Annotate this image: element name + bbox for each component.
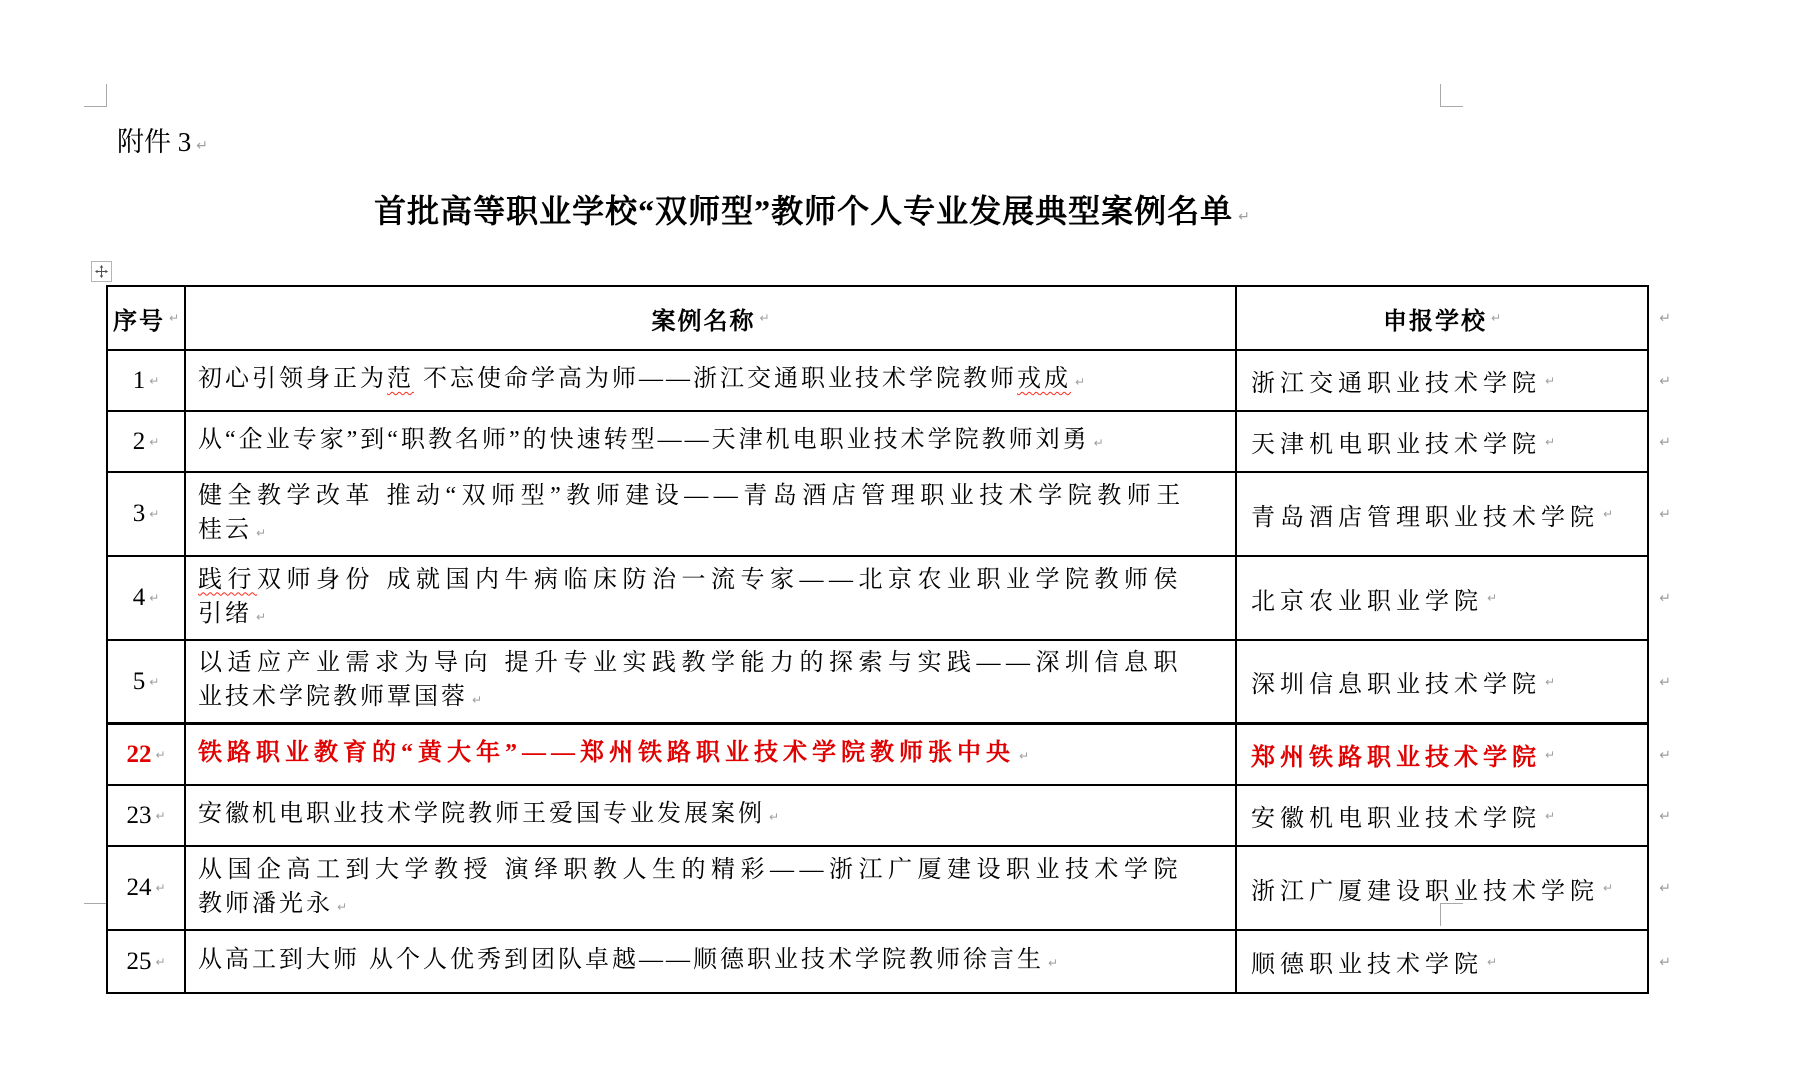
cell-school: 深圳信息职业技术学院↵ bbox=[1237, 641, 1647, 722]
end-of-cell-mark: ↵ bbox=[1048, 956, 1058, 970]
cell-row-number: 1↵ bbox=[108, 351, 186, 410]
header-case-label: 案例名称 bbox=[651, 301, 755, 336]
case-name-line: 业技术学院教师覃国蓉↵ bbox=[198, 680, 482, 717]
case-name-line: 从“企业专家”到“职教名师”的快速转型——天津机电职业技术学院教师刘勇↵ bbox=[198, 423, 1104, 460]
cell-school: 安徽机电职业技术学院↵ bbox=[1237, 786, 1647, 845]
case-name-line: 初心引领身正为范 不忘使命学高为师——浙江交通职业技术学院教师戎成↵ bbox=[198, 362, 1085, 399]
header-number-label: 序号 bbox=[113, 301, 165, 336]
end-of-row-mark: ↵ bbox=[1659, 880, 1671, 897]
school-name: 安徽机电职业技术学院 bbox=[1251, 798, 1541, 833]
table-row: 22↵铁路职业教育的“黄大年”——郑州铁路职业技术学院教师张中央↵郑州铁路职业技… bbox=[108, 725, 1647, 786]
school-name: 青岛酒店管理职业技术学院 bbox=[1251, 497, 1599, 532]
row-number: 24 bbox=[126, 874, 151, 902]
end-of-cell-mark: ↵ bbox=[1487, 591, 1497, 605]
school-name: 天津机电职业技术学院 bbox=[1251, 424, 1541, 459]
table-row: 23↵安徽机电职业技术学院教师王爱国专业发展案例↵安徽机电职业技术学院↵↵ bbox=[108, 786, 1647, 847]
case-name-line: 安徽机电职业技术学院教师王爱国专业发展案例↵ bbox=[198, 797, 779, 834]
end-of-row-mark: ↵ bbox=[1659, 372, 1671, 389]
case-name-text: 业技术学院教师覃国蓉 bbox=[198, 684, 468, 710]
cell-case-name: 从“企业专家”到“职教名师”的快速转型——天津机电职业技术学院教师刘勇↵ bbox=[186, 412, 1237, 471]
cell-school: 北京农业职业学院↵ bbox=[1237, 557, 1647, 639]
case-name-text: 从高工到大师 从个人优秀到团队卓越——顺德职业技术学院教师徐言生 bbox=[198, 947, 1044, 973]
spellcheck-underline: 戎成 bbox=[1017, 366, 1071, 392]
row-number: 2 bbox=[133, 428, 146, 456]
cell-case-name: 安徽机电职业技术学院教师王爱国专业发展案例↵ bbox=[186, 786, 1237, 845]
crop-mark-bottom-left bbox=[84, 903, 107, 926]
case-name-text: 不忘使命学高为师——浙江交通职业技术学院教师 bbox=[414, 366, 1017, 392]
case-name-line: 以适应产业需求为导向 提升专业实践教学能力的探索与实践——深圳信息职 bbox=[198, 646, 1183, 680]
page-title: 首批高等职业学校“双师型”教师个人专业发展典型案例名单↵ bbox=[0, 186, 1624, 232]
cell-row-number: 22↵ bbox=[108, 725, 186, 784]
case-name-line: 从高工到大师 从个人优秀到团队卓越——顺德职业技术学院教师徐言生↵ bbox=[198, 943, 1058, 980]
case-name-line: 践行双师身份 成就国内牛病临床防治一流专家——北京农业职业学院教师侯 bbox=[198, 563, 1183, 597]
row-number: 1 bbox=[133, 367, 146, 395]
end-of-cell-mark: ↵ bbox=[149, 507, 159, 521]
case-name-text: 引绪 bbox=[198, 601, 252, 627]
crop-mark-top-left bbox=[84, 84, 107, 107]
row-number: 25 bbox=[126, 948, 151, 976]
case-name-text: 教师潘光永 bbox=[198, 891, 333, 917]
end-of-row-mark: ↵ bbox=[1659, 310, 1671, 327]
table-row: 4↵践行双师身份 成就国内牛病临床防治一流专家——北京农业职业学院教师侯引绪↵北… bbox=[108, 557, 1647, 641]
document-page: 附件 3↵ 首批高等职业学校“双师型”教师个人专业发展典型案例名单↵ 序号↵ 案… bbox=[0, 0, 1793, 1085]
end-of-cell-mark: ↵ bbox=[256, 526, 266, 540]
end-of-row-mark: ↵ bbox=[1659, 506, 1671, 523]
end-of-cell-mark: ↵ bbox=[337, 900, 347, 914]
table-row: 5↵以适应产业需求为导向 提升专业实践教学能力的探索与实践——深圳信息职业技术学… bbox=[108, 641, 1647, 725]
case-name-line: 从国企高工到大学教授 演绎职教人生的精彩——浙江广厦建设职业技术学院 bbox=[198, 853, 1183, 887]
row-number: 22 bbox=[126, 741, 151, 769]
end-of-cell-mark: ↵ bbox=[155, 748, 165, 762]
end-of-cell-mark: ↵ bbox=[1491, 311, 1501, 325]
end-of-row-mark: ↵ bbox=[1659, 746, 1671, 763]
cell-school: 郑州铁路职业技术学院↵ bbox=[1237, 725, 1647, 784]
end-of-cell-mark: ↵ bbox=[1019, 749, 1029, 763]
end-of-cell-mark: ↵ bbox=[769, 810, 779, 824]
page-title-text: 首批高等职业学校“双师型”教师个人专业发展典型案例名单 bbox=[374, 193, 1233, 229]
table-row: 25↵从高工到大师 从个人优秀到团队卓越——顺德职业技术学院教师徐言生↵顺德职业… bbox=[108, 931, 1647, 992]
case-name-text: 健全教学改革 推动“双师型”教师建设——青岛酒店管理职业技术学院教师王 bbox=[198, 483, 1186, 509]
school-name: 郑州铁路职业技术学院 bbox=[1251, 737, 1541, 772]
table-body: 1↵初心引领身正为范 不忘使命学高为师——浙江交通职业技术学院教师戎成↵浙江交通… bbox=[108, 351, 1647, 992]
spellcheck-underline: 范 bbox=[387, 366, 414, 392]
end-of-cell-mark: ↵ bbox=[1075, 375, 1085, 389]
table-row: 1↵初心引领身正为范 不忘使命学高为师——浙江交通职业技术学院教师戎成↵浙江交通… bbox=[108, 351, 1647, 412]
end-of-cell-mark: ↵ bbox=[149, 675, 159, 689]
cell-school: 青岛酒店管理职业技术学院↵ bbox=[1237, 473, 1647, 555]
cell-row-number: 5↵ bbox=[108, 641, 186, 722]
table-header-row: 序号↵ 案例名称↵ 申报学校↵ ↵ bbox=[108, 287, 1647, 351]
cell-row-number: 23↵ bbox=[108, 786, 186, 845]
school-name: 浙江广厦建设职业技术学院 bbox=[1251, 871, 1599, 906]
end-of-cell-mark: ↵ bbox=[1487, 955, 1497, 969]
end-of-cell-mark: ↵ bbox=[1545, 809, 1555, 823]
school-name: 浙江交通职业技术学院 bbox=[1251, 363, 1541, 398]
end-of-row-mark: ↵ bbox=[1659, 590, 1671, 607]
cell-case-name: 健全教学改革 推动“双师型”教师建设——青岛酒店管理职业技术学院教师王桂云↵ bbox=[186, 473, 1237, 555]
end-of-row-mark: ↵ bbox=[1659, 953, 1671, 970]
end-of-cell-mark: ↵ bbox=[759, 311, 769, 325]
end-of-cell-mark: ↵ bbox=[1094, 436, 1104, 450]
end-of-cell-mark: ↵ bbox=[155, 881, 165, 895]
cell-school: 浙江交通职业技术学院↵ bbox=[1237, 351, 1647, 410]
case-name-line: 铁路职业教育的“黄大年”——郑州铁路职业技术学院教师张中央↵ bbox=[198, 736, 1029, 773]
end-of-cell-mark: ↵ bbox=[149, 374, 159, 388]
case-name-line: 健全教学改革 推动“双师型”教师建设——青岛酒店管理职业技术学院教师王 bbox=[198, 479, 1186, 513]
case-name-text: 初心引领身正为 bbox=[198, 366, 387, 392]
cell-row-number: 4↵ bbox=[108, 557, 186, 639]
paragraph-mark: ↵ bbox=[196, 137, 208, 153]
end-of-row-mark: ↵ bbox=[1659, 433, 1671, 450]
cases-table: 序号↵ 案例名称↵ 申报学校↵ ↵ 1↵初心引领身正为范 不忘使命学高为师——浙… bbox=[106, 285, 1649, 994]
end-of-cell-mark: ↵ bbox=[1603, 507, 1613, 521]
spellcheck-underline: 践行 bbox=[198, 567, 257, 593]
end-of-cell-mark: ↵ bbox=[149, 591, 159, 605]
case-name-text: 桂云 bbox=[198, 517, 252, 543]
end-of-row-mark: ↵ bbox=[1659, 673, 1671, 690]
end-of-cell-mark: ↵ bbox=[1545, 675, 1555, 689]
end-of-cell-mark: ↵ bbox=[169, 311, 179, 325]
attachment-label: 附件 3↵ bbox=[117, 120, 208, 159]
end-of-cell-mark: ↵ bbox=[1545, 748, 1555, 762]
case-name-text: 从“企业专家”到“职教名师”的快速转型——天津机电职业技术学院教师刘勇 bbox=[198, 427, 1090, 453]
cell-case-name: 从国企高工到大学教授 演绎职教人生的精彩——浙江广厦建设职业技术学院教师潘光永↵ bbox=[186, 847, 1237, 929]
case-name-line: 桂云↵ bbox=[198, 513, 266, 550]
school-name: 深圳信息职业技术学院 bbox=[1251, 664, 1541, 699]
cell-case-name: 从高工到大师 从个人优秀到团队卓越——顺德职业技术学院教师徐言生↵ bbox=[186, 931, 1237, 992]
cell-row-number: 25↵ bbox=[108, 931, 186, 992]
header-cell-number: 序号↵ bbox=[108, 287, 186, 349]
case-name-text: 以适应产业需求为导向 提升专业实践教学能力的探索与实践——深圳信息职 bbox=[198, 650, 1183, 676]
row-number: 3 bbox=[133, 500, 146, 528]
end-of-cell-mark: ↵ bbox=[1545, 435, 1555, 449]
cell-school: 天津机电职业技术学院↵ bbox=[1237, 412, 1647, 471]
table-row: 24↵从国企高工到大学教授 演绎职教人生的精彩——浙江广厦建设职业技术学院教师潘… bbox=[108, 847, 1647, 931]
case-name-text: 从国企高工到大学教授 演绎职教人生的精彩——浙江广厦建设职业技术学院 bbox=[198, 857, 1183, 883]
header-school-label: 申报学校 bbox=[1383, 301, 1487, 336]
table-move-handle[interactable] bbox=[91, 261, 112, 282]
end-of-cell-mark: ↵ bbox=[155, 955, 165, 969]
row-number: 4 bbox=[133, 584, 146, 612]
school-name: 顺德职业技术学院 bbox=[1251, 944, 1483, 979]
cell-case-name: 践行双师身份 成就国内牛病临床防治一流专家——北京农业职业学院教师侯引绪↵ bbox=[186, 557, 1237, 639]
table-row: 2↵从“企业专家”到“职教名师”的快速转型——天津机电职业技术学院教师刘勇↵天津… bbox=[108, 412, 1647, 473]
cell-case-name: 以适应产业需求为导向 提升专业实践教学能力的探索与实践——深圳信息职业技术学院教… bbox=[186, 641, 1237, 722]
row-number: 23 bbox=[126, 802, 151, 830]
school-name: 北京农业职业学院 bbox=[1251, 581, 1483, 616]
end-of-cell-mark: ↵ bbox=[155, 809, 165, 823]
table-row: 3↵健全教学改革 推动“双师型”教师建设——青岛酒店管理职业技术学院教师王桂云↵… bbox=[108, 473, 1647, 557]
cell-case-name: 初心引领身正为范 不忘使命学高为师——浙江交通职业技术学院教师戎成↵ bbox=[186, 351, 1237, 410]
cell-case-name: 铁路职业教育的“黄大年”——郑州铁路职业技术学院教师张中央↵ bbox=[186, 725, 1237, 784]
cell-school: 浙江广厦建设职业技术学院↵ bbox=[1237, 847, 1647, 929]
cell-row-number: 24↵ bbox=[108, 847, 186, 929]
cell-row-number: 3↵ bbox=[108, 473, 186, 555]
paragraph-mark: ↵ bbox=[1238, 208, 1250, 224]
header-cell-school: 申报学校↵ bbox=[1237, 287, 1647, 349]
case-name-text: 铁路职业教育的“黄大年”——郑州铁路职业技术学院教师张中央 bbox=[198, 740, 1015, 766]
case-name-line: 教师潘光永↵ bbox=[198, 887, 347, 924]
end-of-cell-mark: ↵ bbox=[1603, 881, 1613, 895]
cell-row-number: 2↵ bbox=[108, 412, 186, 471]
end-of-cell-mark: ↵ bbox=[1545, 374, 1555, 388]
case-name-text: 安徽机电职业技术学院教师王爱国专业发展案例 bbox=[198, 801, 765, 827]
end-of-row-mark: ↵ bbox=[1659, 807, 1671, 824]
move-cross-icon bbox=[95, 265, 108, 278]
case-name-text: 双师身份 成就国内牛病临床防治一流专家——北京农业职业学院教师侯 bbox=[257, 567, 1183, 593]
end-of-cell-mark: ↵ bbox=[472, 693, 482, 707]
header-cell-case: 案例名称↵ bbox=[186, 287, 1237, 349]
attachment-label-text: 附件 3 bbox=[117, 127, 191, 157]
end-of-cell-mark: ↵ bbox=[256, 610, 266, 624]
case-name-line: 引绪↵ bbox=[198, 597, 266, 634]
row-number: 5 bbox=[133, 668, 146, 696]
end-of-cell-mark: ↵ bbox=[149, 435, 159, 449]
crop-mark-top-right bbox=[1440, 84, 1463, 107]
cell-school: 顺德职业技术学院↵ bbox=[1237, 931, 1647, 992]
